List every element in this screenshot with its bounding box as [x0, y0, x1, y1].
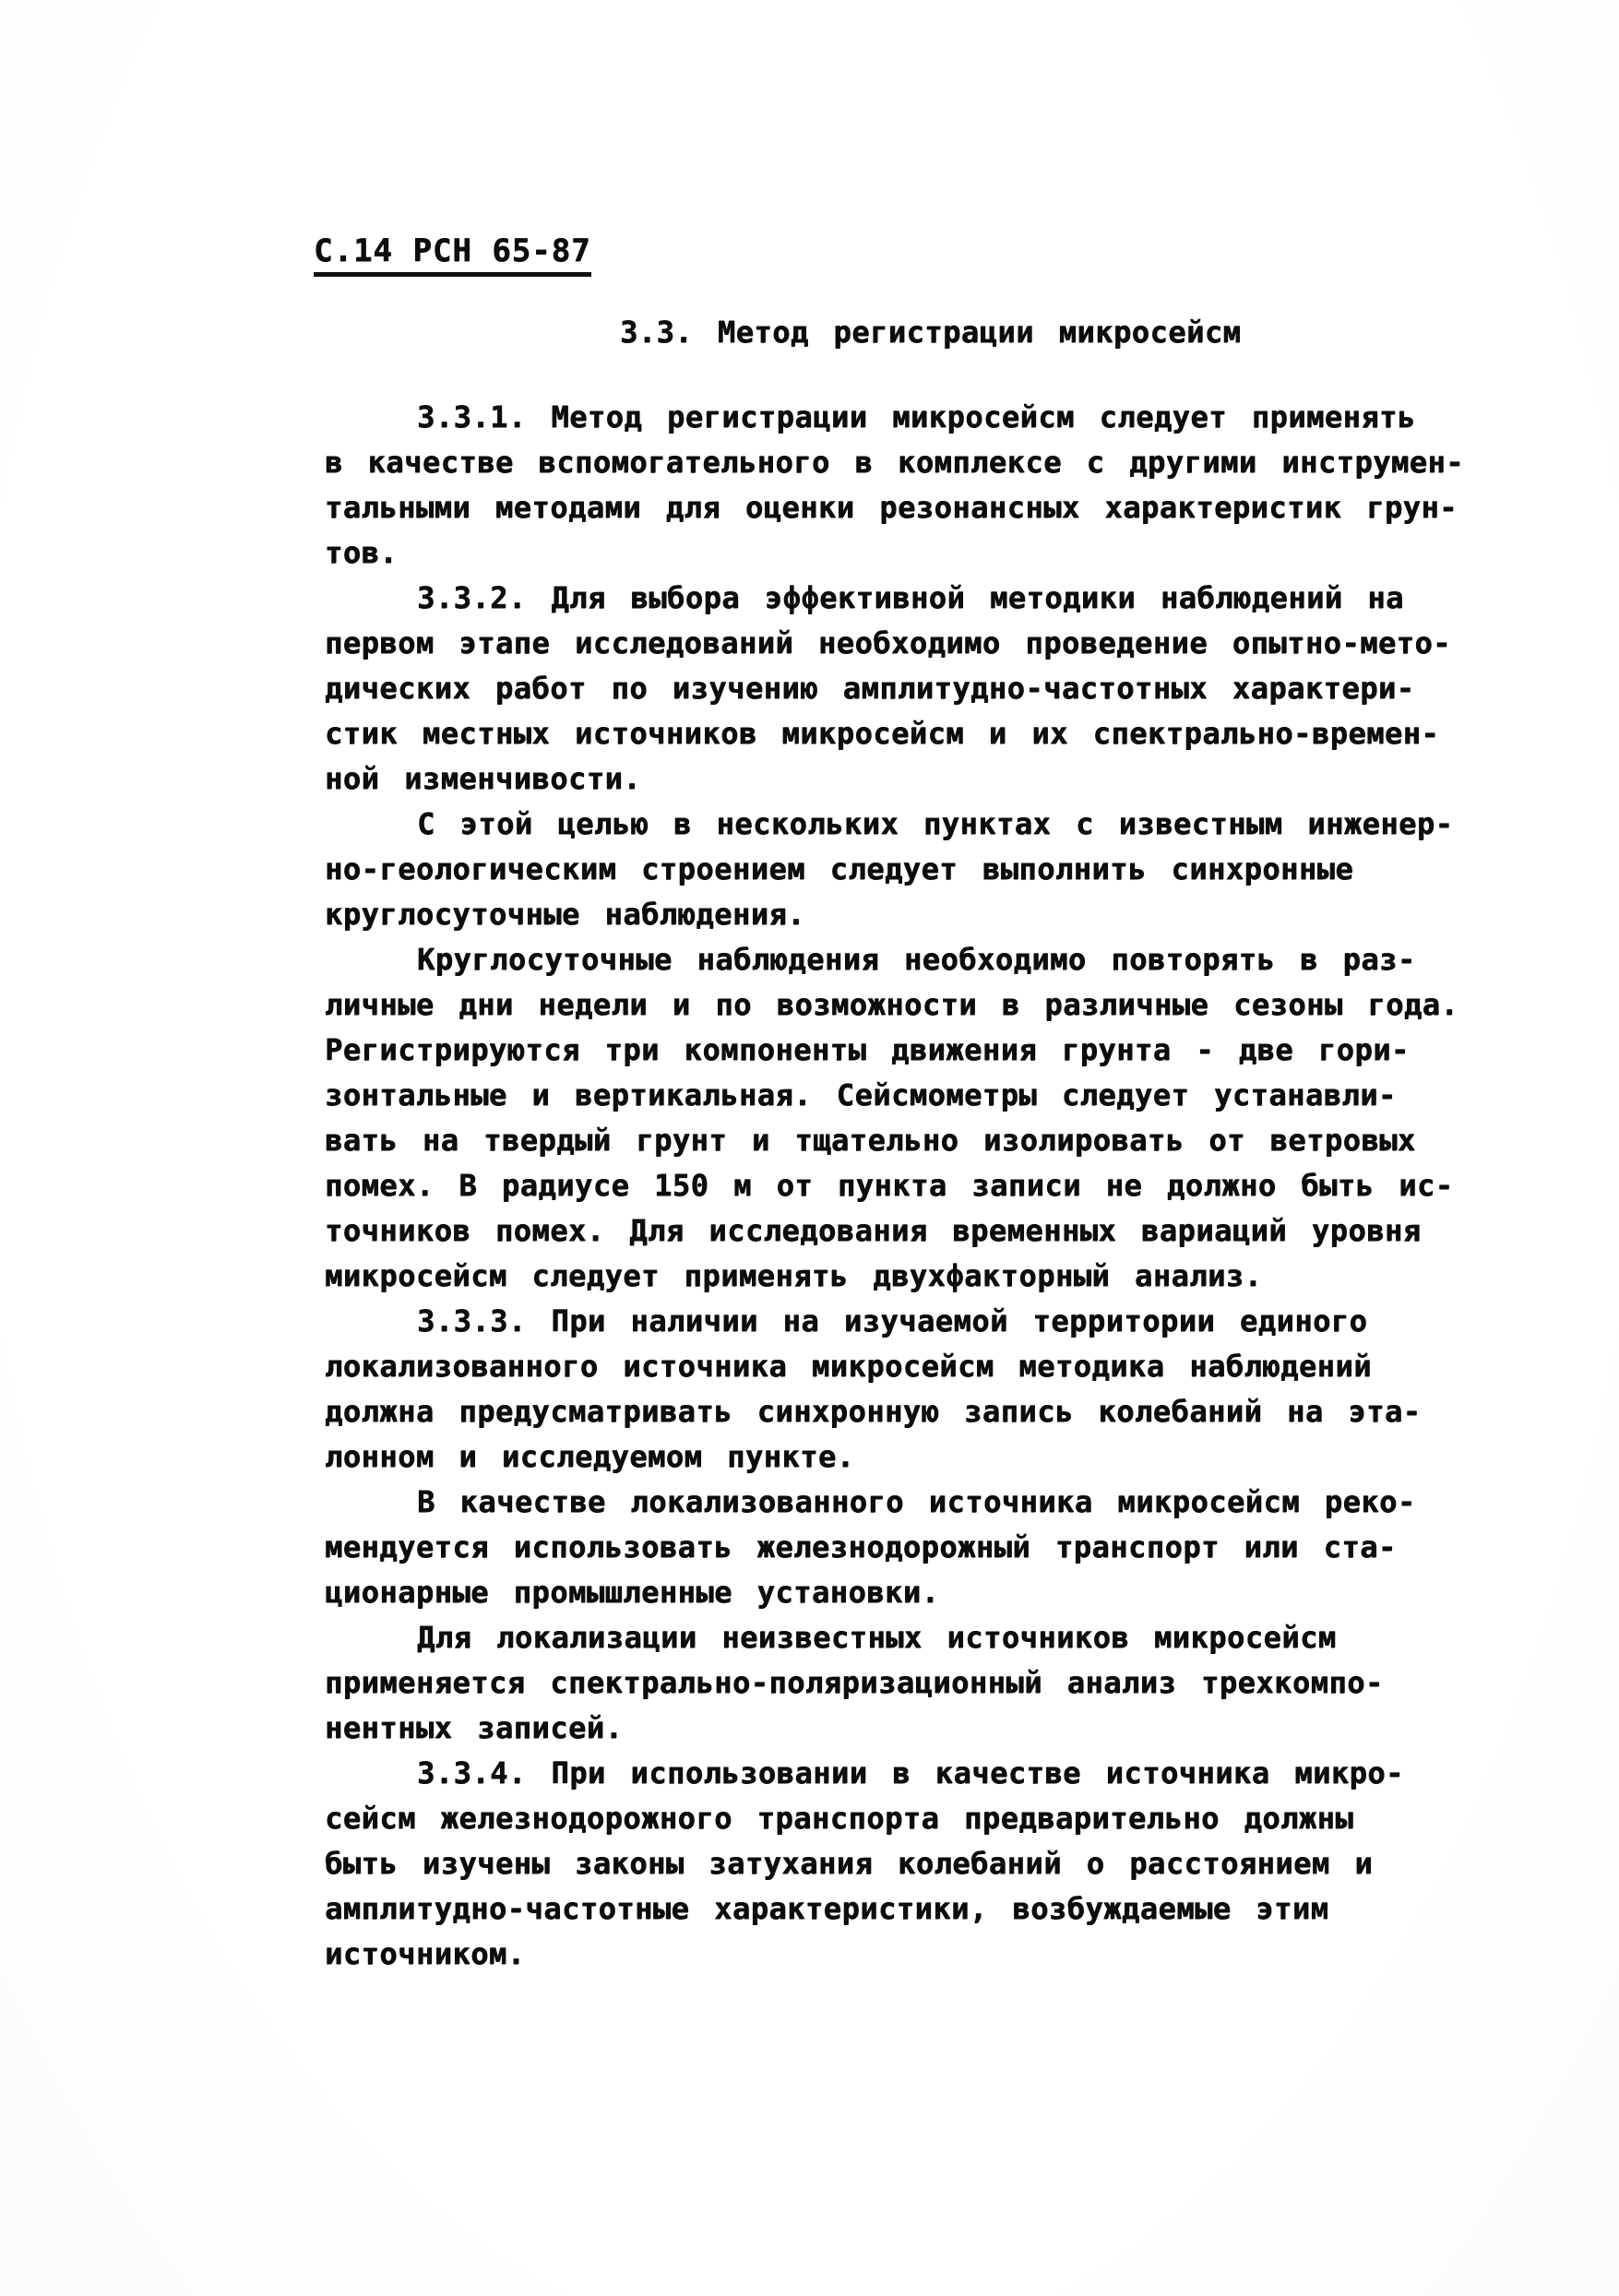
text-line: В качестве локализованного источника мик… — [325, 1480, 1459, 1525]
text-line: применяется спектрально-поляризационный … — [325, 1660, 1459, 1706]
paragraph: 3.3.1. Метод регистрации микросейсм след… — [325, 395, 1459, 576]
document-page: С.14 РСН 65-87 3.3. Метод регистрации ми… — [0, 0, 1619, 2296]
text-line: лонном и исследуемом пункте. — [325, 1434, 1459, 1480]
text-line: тальными методами для оценки резонансных… — [325, 485, 1459, 530]
text-line: Для локализации неизвестных источников м… — [325, 1615, 1459, 1660]
text-line: дических работ по изучению амплитудно-ча… — [325, 666, 1459, 711]
paragraph: В качестве локализованного источника мик… — [325, 1480, 1459, 1615]
text-line: тов. — [325, 530, 1459, 576]
text-line: ной изменчивости. — [325, 756, 1459, 802]
text-line: в качестве вспомогательного в комплексе … — [325, 440, 1459, 485]
text-line: личные дни недели и по возможности в раз… — [325, 982, 1459, 1028]
text-line: зонтальные и вертикальная. Сейсмометры с… — [325, 1073, 1459, 1118]
text-line: Круглосуточные наблюдения необходимо пов… — [325, 937, 1459, 982]
paragraph: 3.3.2. Для выбора эффективной методики н… — [325, 576, 1459, 802]
text-line: 3.3.2. Для выбора эффективной методики н… — [325, 576, 1459, 621]
text-line: быть изучены законы затухания колебаний … — [325, 1841, 1459, 1886]
paragraph: 3.3.3. При наличии на изучаемой территор… — [325, 1299, 1459, 1480]
text-line: должна предусматривать синхронную запись… — [325, 1389, 1459, 1434]
text-line: мендуется использовать железнодорожный т… — [325, 1525, 1459, 1570]
text-line: локализованного источника микросейсм мет… — [325, 1344, 1459, 1389]
text-line: помех. В радиусе 150 м от пункта записи … — [325, 1163, 1459, 1208]
text-line: но-геологическим строением следует выпол… — [325, 847, 1459, 892]
section-heading: 3.3. Метод регистрации микросейсм — [620, 310, 1459, 355]
text-line: 3.3.3. При наличии на изучаемой территор… — [325, 1299, 1459, 1344]
text-line: точников помех. Для исследования временн… — [325, 1208, 1459, 1254]
text-line: круглосуточные наблюдения. — [325, 892, 1459, 937]
text-line: вать на твердый грунт и тщательно изолир… — [325, 1118, 1459, 1163]
paragraph: Для локализации неизвестных источников м… — [325, 1615, 1459, 1751]
text-line: первом этапе исследований необходимо про… — [325, 621, 1459, 666]
text-line: амплитудно-частотные характеристики, воз… — [325, 1886, 1459, 1932]
text-line: Регистрируются три компоненты движения г… — [325, 1028, 1459, 1073]
paragraph: Круглосуточные наблюдения необходимо пов… — [325, 937, 1459, 1299]
text-line: 3.3.1. Метод регистрации микросейсм след… — [325, 395, 1459, 440]
text-line: источником. — [325, 1932, 1459, 1977]
text-line: микросейсм следует применять двухфакторн… — [325, 1254, 1459, 1299]
text-line: нентных записей. — [325, 1706, 1459, 1751]
text-line: 3.3.4. При использовании в качестве исто… — [325, 1751, 1459, 1796]
text-line: ционарные промышленные установки. — [325, 1570, 1459, 1615]
text-line: стик местных источников микросейсм и их … — [325, 711, 1459, 756]
text-line: сейсм железнодорожного транспорта предва… — [325, 1796, 1459, 1841]
text-line: С этой целью в нескольких пунктах с изве… — [325, 802, 1459, 847]
document-body: 3.3. Метод регистрации микросейсм 3.3.1.… — [325, 310, 1459, 1977]
document-code-header: С.14 РСН 65-87 — [314, 232, 591, 277]
paragraph: 3.3.4. При использовании в качестве исто… — [325, 1751, 1459, 1977]
paragraph: С этой целью в нескольких пунктах с изве… — [325, 802, 1459, 937]
